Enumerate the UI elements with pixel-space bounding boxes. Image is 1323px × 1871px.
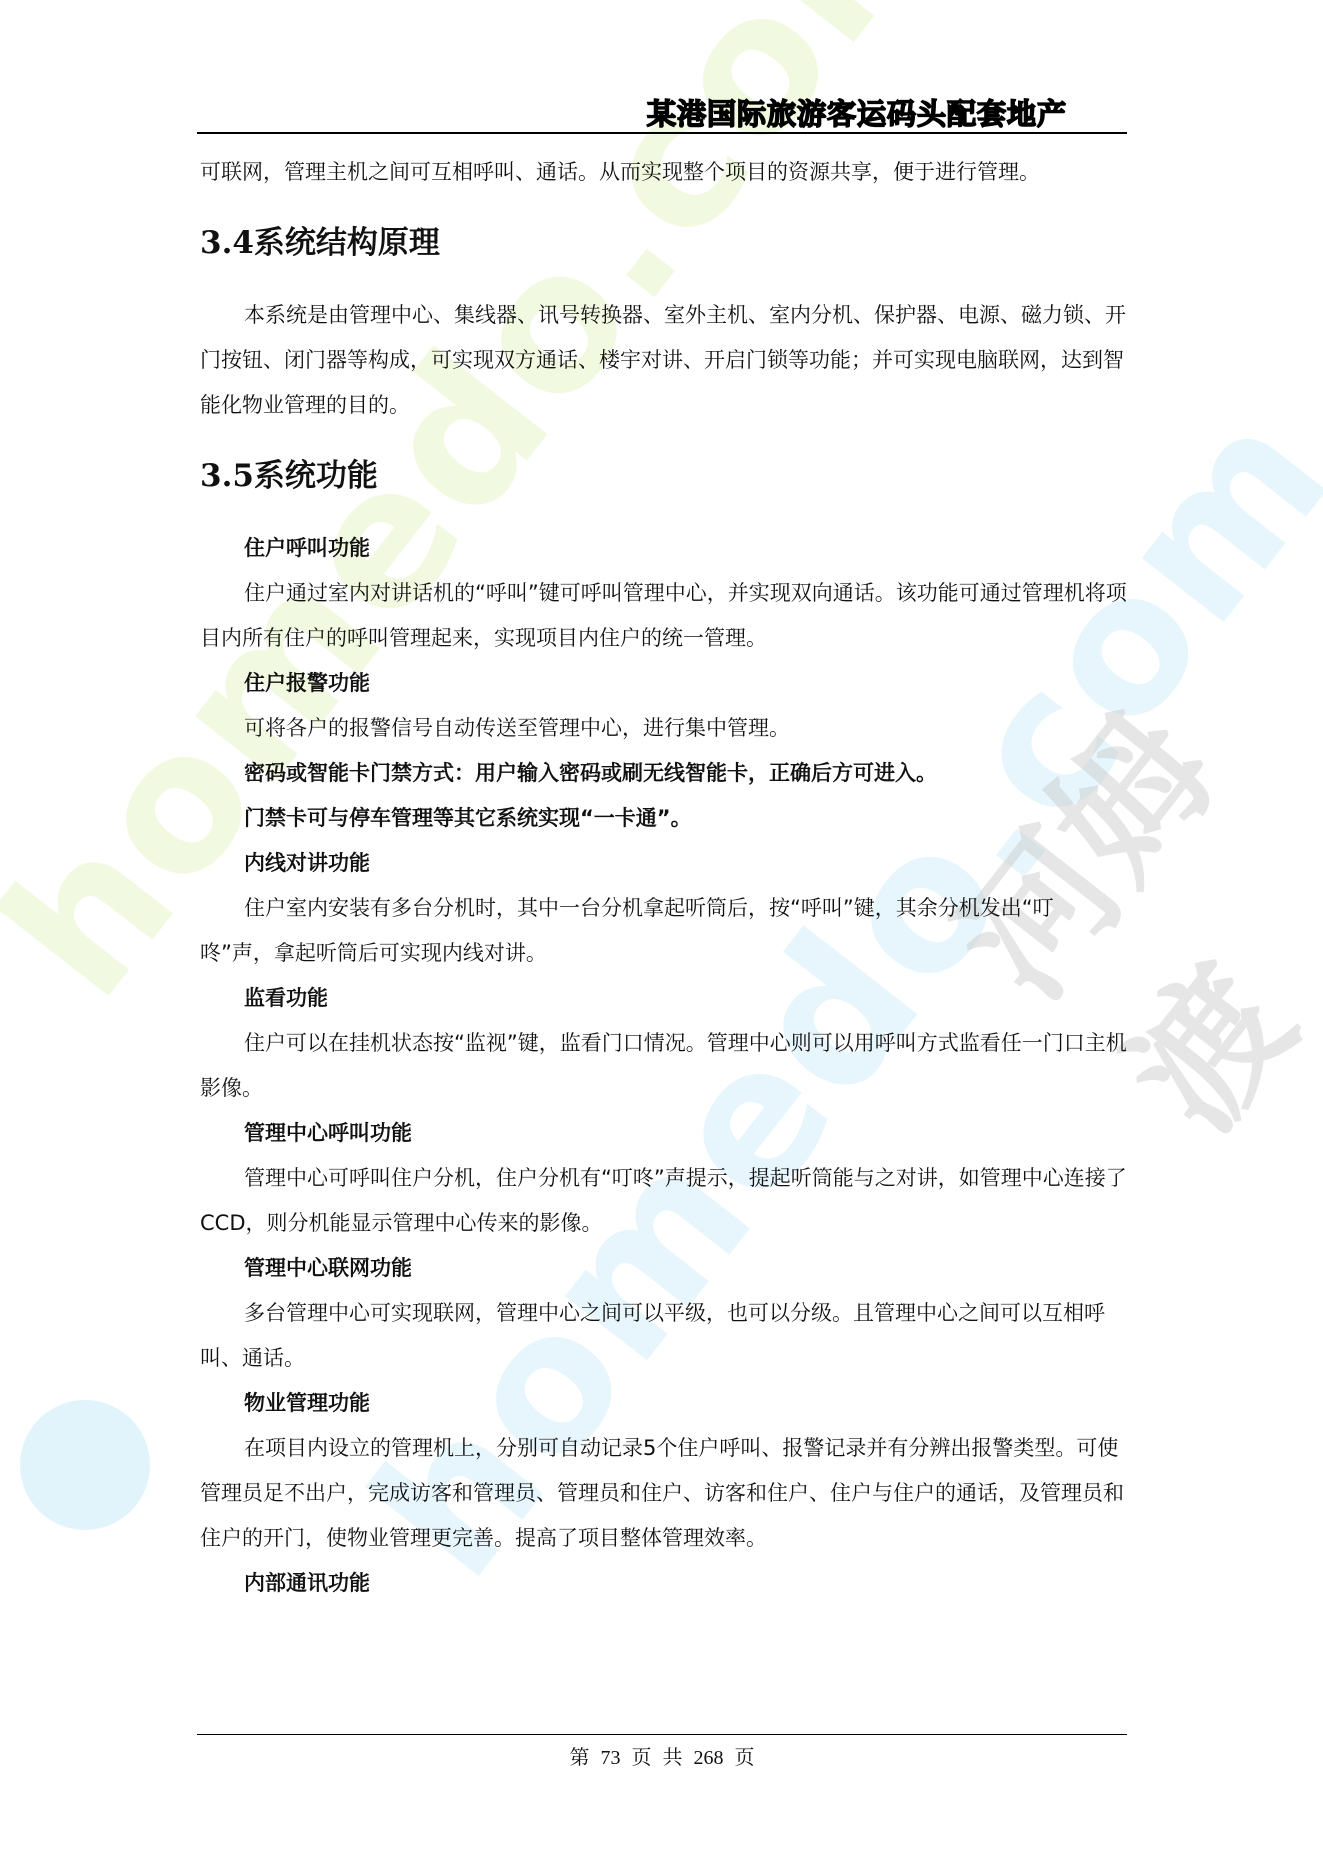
page-number: 第 73 页 共 268 页 xyxy=(197,1741,1127,1770)
item-heading: 内线对讲功能 xyxy=(200,841,1127,886)
page-header: 某港国际旅游客运码头配套地产 xyxy=(197,88,1127,134)
item-body: 在项目内设立的管理机上，分别可自动记录5个住户呼叫、报警记录并有分辨出报警类型。… xyxy=(200,1426,1127,1561)
item-body: 多台管理中心可实现联网，管理中心之间可以平级，也可以分级。且管理中心之间可以互相… xyxy=(200,1291,1127,1381)
item-heading: 监看功能 xyxy=(200,976,1127,1021)
item-heading: 住户报警功能 xyxy=(200,661,1127,706)
item-body: 住户可以在挂机状态按“监视”键，监看门口情况。管理中心则可以用呼叫方式监看任一门… xyxy=(200,1021,1127,1111)
section-3-5-title: 3.5系统功能 xyxy=(200,456,1127,496)
item-heading: 管理中心联网功能 xyxy=(200,1246,1127,1291)
item-heading: 密码或智能卡门禁方式：用户输入密码或刷无线智能卡，正确后方可进入。 xyxy=(200,751,1127,796)
item-heading: 门禁卡可与停车管理等其它系统实现“一卡通”。 xyxy=(200,796,1127,841)
item-heading: 内部通讯功能 xyxy=(200,1561,1127,1606)
page-content: 可联网，管理主机之间可互相呼叫、通话。从而实现整个项目的资源共享，便于进行管理。… xyxy=(200,150,1127,1606)
item-body: 住户室内安装有多台分机时，其中一台分机拿起听筒后，按“呼叫”键，其余分机发出“叮… xyxy=(200,886,1127,976)
intro-paragraph: 可联网，管理主机之间可互相呼叫、通话。从而实现整个项目的资源共享，便于进行管理。 xyxy=(200,150,1127,195)
page-footer: 第 73 页 共 268 页 xyxy=(197,1734,1127,1770)
item-body: 可将各户的报警信号自动传送至管理中心，进行集中管理。 xyxy=(200,706,1127,751)
item-body: 住户通过室内对讲话机的“呼叫”键可呼叫管理中心，并实现双向通话。该功能可通过管理… xyxy=(200,571,1127,661)
item-heading: 管理中心呼叫功能 xyxy=(200,1111,1127,1156)
item-body: 管理中心可呼叫住户分机，住户分机有“叮咚”声提示，提起听筒能与之对讲，如管理中心… xyxy=(200,1156,1127,1246)
item-heading: 住户呼叫功能 xyxy=(200,526,1127,571)
section-3-4-title: 3.4系统结构原理 xyxy=(200,223,1127,263)
section-3-4-body: 本系统是由管理中心、集线器、讯号转换器、室外主机、室内分机、保护器、电源、磁力锁… xyxy=(200,293,1127,428)
item-heading: 物业管理功能 xyxy=(200,1381,1127,1426)
watermark-flower-logo xyxy=(20,1400,150,1530)
header-title: 某港国际旅游客运码头配套地产 xyxy=(647,92,1067,133)
